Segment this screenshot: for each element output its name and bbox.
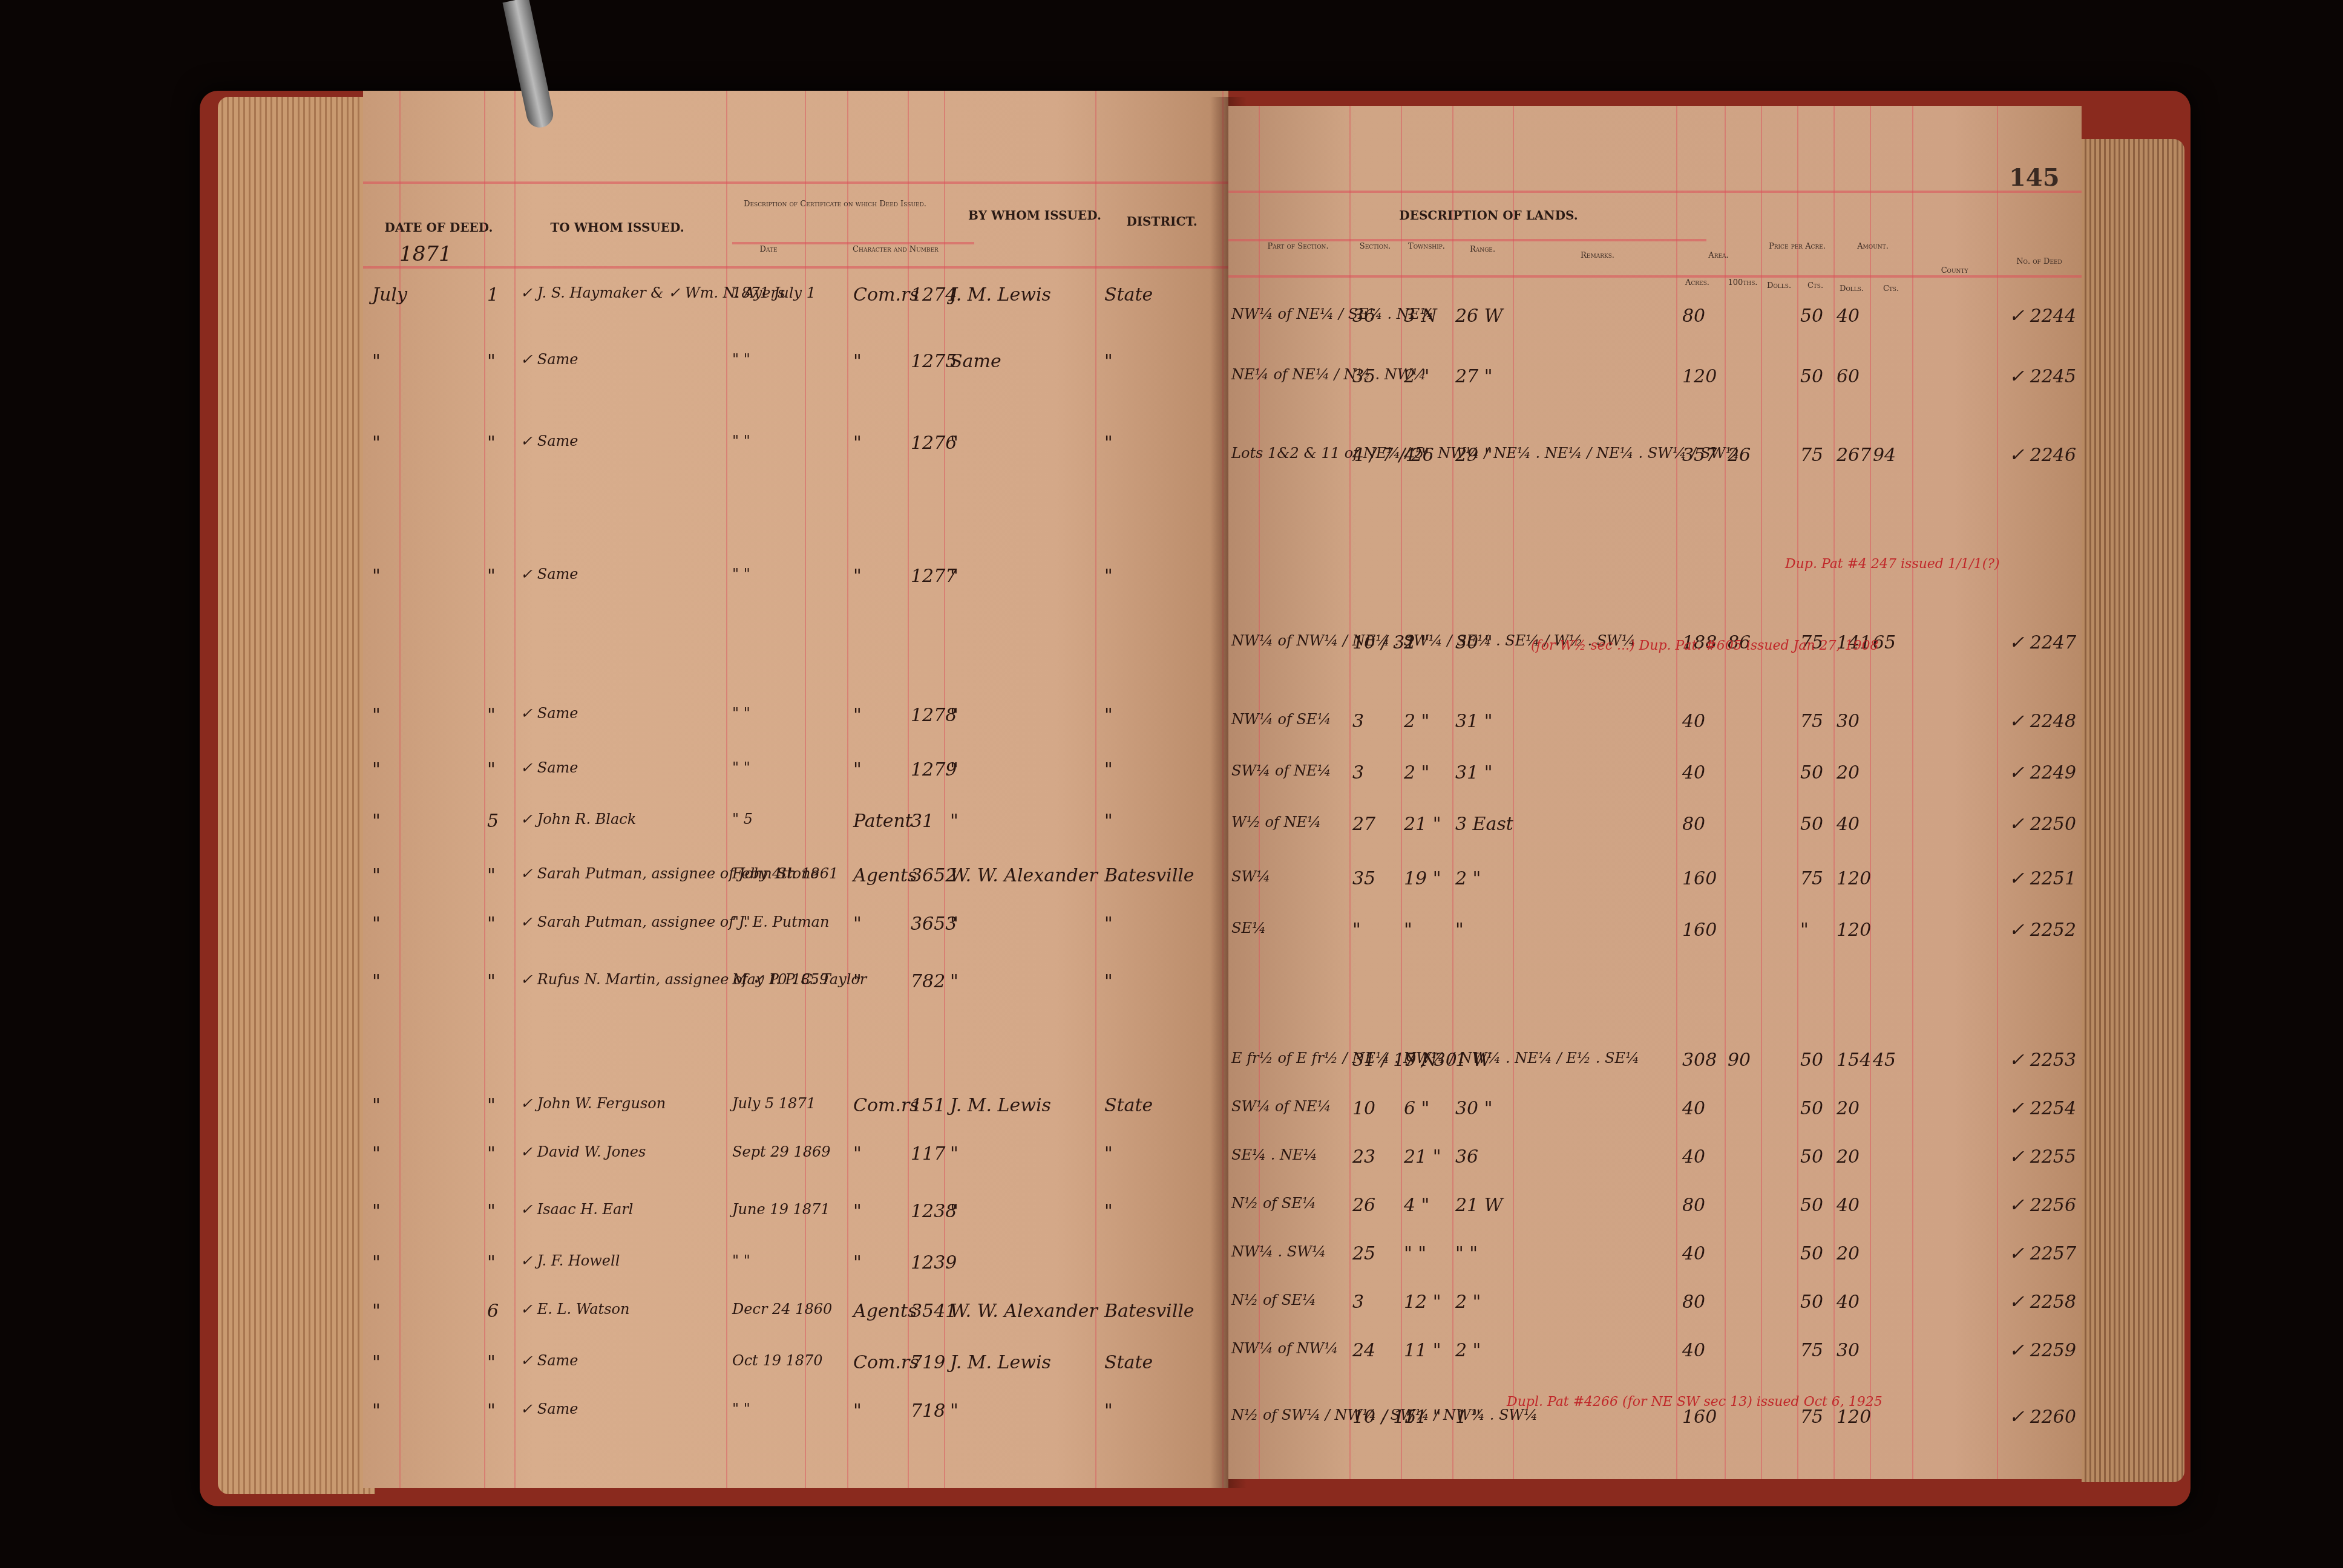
- cell-part: NE¼ of NE¼ / N½ . NW¼: [1231, 366, 1426, 383]
- cell-deed-no: ✓ 2251: [2009, 868, 2076, 889]
- cell-district: ": [1104, 759, 1113, 780]
- col-section: Section.: [1349, 242, 1401, 251]
- cell-range: 31 ": [1455, 762, 1493, 783]
- col-by-whom-issued: By Whom Issued.: [968, 209, 1101, 222]
- cell-day: ": [487, 1252, 496, 1273]
- rule: [1761, 106, 1762, 1479]
- cell-district: Batesville: [1104, 1301, 1194, 1322]
- cell-by-whom: ": [950, 1143, 958, 1165]
- rule: [847, 91, 848, 1488]
- col-part-of-section: Part of Section.: [1253, 242, 1343, 251]
- cell-by-whom: J. M. Lewis: [950, 1095, 1051, 1116]
- cell-section: 23: [1352, 1146, 1375, 1168]
- cell-range: " ": [1455, 1243, 1478, 1264]
- cell-name: ✓ Isaac H. Earl: [520, 1201, 633, 1218]
- cell-cert-date: Feby 4th 1861: [732, 865, 838, 882]
- cell-acres: 40: [1682, 711, 1705, 732]
- cell-price-c: 75: [1800, 868, 1823, 889]
- rule: [1833, 106, 1835, 1479]
- cell-section: 10: [1352, 1098, 1375, 1119]
- col-amount: Amount.: [1833, 242, 1912, 251]
- col-township: Township.: [1401, 242, 1452, 251]
- cell-day: ": [487, 1352, 496, 1373]
- cell-acres: 120: [1682, 366, 1717, 387]
- rule: [1997, 106, 1998, 1479]
- col-amount-cts: Cts.: [1870, 284, 1912, 293]
- cell-cert-no: 31: [911, 811, 934, 832]
- cell-township: 21 ": [1404, 814, 1441, 835]
- cell-cert-char: Com.rs: [853, 1352, 919, 1373]
- cell-district: ": [1104, 913, 1113, 935]
- cell-by-whom: ": [950, 433, 958, 454]
- cell-name: ✓ Same: [520, 566, 578, 583]
- col-area-acres: Acres.: [1679, 278, 1715, 287]
- cell-name: ✓ David W. Jones: [520, 1143, 646, 1160]
- cell-cert-date: " ": [732, 705, 750, 722]
- cell-day: ": [487, 1095, 496, 1116]
- cell-district: State: [1104, 1352, 1153, 1373]
- cell-section: 27: [1352, 814, 1375, 835]
- cell-range: 2 ": [1455, 868, 1481, 889]
- cell-cert-no: 782: [911, 971, 945, 992]
- cell-cert-char: Agents: [853, 865, 917, 886]
- page-edges-right: [2082, 139, 2184, 1482]
- cell-part: NW¼ . SW¼: [1231, 1243, 1326, 1260]
- cell-section: 3: [1352, 711, 1364, 732]
- rule: [1513, 106, 1514, 1479]
- cell-range: 1 W: [1455, 1050, 1491, 1071]
- cell-day: ": [487, 865, 496, 886]
- cell-part: NW¼ of NW¼: [1231, 1340, 1338, 1357]
- cell-district: ": [1104, 705, 1113, 726]
- cell-range: 26 W: [1455, 305, 1503, 327]
- cell-township: 2 ": [1404, 711, 1429, 732]
- cell-day: ": [487, 913, 496, 935]
- page-edges-left: [218, 97, 375, 1494]
- cell-month: ": [372, 1201, 381, 1222]
- col-district: District.: [1107, 215, 1216, 228]
- cell-cert-date: " 5: [732, 811, 753, 828]
- cell-part: SW¼: [1231, 868, 1270, 885]
- col-cert-char-number: Character and Number: [847, 245, 944, 254]
- cell-price-c: 75: [1800, 711, 1823, 732]
- cell-cert-date: Sept 29 1869: [732, 1143, 831, 1160]
- cell-township: 7 N: [1404, 1050, 1437, 1071]
- cell-cert-char: ": [853, 433, 862, 454]
- cell-part: W½ of NE¼: [1231, 814, 1321, 831]
- cell-township: 19 ": [1404, 868, 1441, 889]
- cell-price-c: 50: [1800, 1243, 1823, 1264]
- cell-cert-char: ": [853, 1400, 862, 1422]
- col-cert-date: Date: [738, 245, 799, 254]
- cell-month: ": [372, 1352, 381, 1373]
- rule: [1452, 106, 1453, 1479]
- cell-part: N½ of SE¼: [1231, 1292, 1316, 1308]
- cell-amt-d: 40: [1837, 1195, 1860, 1216]
- cell-by-whom: W. W. Alexander: [950, 1301, 1098, 1322]
- cell-day: 6: [487, 1301, 499, 1322]
- cell-amt-d: 60: [1837, 366, 1860, 387]
- cell-day: 1: [487, 284, 499, 305]
- cell-acres: 80: [1682, 1195, 1705, 1216]
- cell-deed-no: ✓ 2245: [2009, 366, 2076, 387]
- left-page: Date of Deed. To Whom Issued. Descriptio…: [363, 91, 1228, 1488]
- col-area-100ths: 100ths.: [1725, 278, 1761, 287]
- cell-amt-d: 20: [1837, 1146, 1860, 1168]
- cell-acres: 308: [1682, 1050, 1717, 1071]
- cell-section: 35: [1352, 868, 1375, 889]
- col-description-of-lands: Description of Lands.: [1398, 209, 1579, 222]
- cell-range: 3 East: [1455, 814, 1513, 835]
- cell-deed-no: ✓ 2244: [2009, 305, 2076, 327]
- cell-part: NW¼ of SE¼: [1231, 711, 1331, 728]
- cell-township: " ": [1404, 1243, 1426, 1264]
- cell-by-whom: J. M. Lewis: [950, 284, 1051, 305]
- rule: [1228, 275, 2082, 278]
- rule: [1676, 106, 1677, 1479]
- cell-township: 11 ": [1404, 1340, 1441, 1361]
- cell-day: ": [487, 566, 496, 587]
- cell-deed-no: ✓ 2256: [2009, 1195, 2076, 1216]
- cell-amt-d: 20: [1837, 1243, 1860, 1264]
- cell-cert-char: ": [853, 971, 862, 992]
- rule: [363, 181, 1228, 184]
- cell-deed-no: ✓ 2248: [2009, 711, 2076, 732]
- cell-township: 4 ": [1404, 445, 1429, 466]
- cell-range: 30 ": [1455, 1098, 1493, 1119]
- cell-cert-no: 719: [911, 1352, 945, 1373]
- cell-price-c: 75: [1800, 1406, 1823, 1428]
- cell-acres: 160: [1682, 868, 1717, 889]
- cell-day: ": [487, 351, 496, 372]
- right-page: 145 Description of Lands. Part of Sectio…: [1228, 106, 2082, 1479]
- cell-amt-d: 40: [1837, 814, 1860, 835]
- cell-part: SE¼: [1231, 920, 1266, 936]
- cell-amt-d: 20: [1837, 762, 1860, 783]
- cell-month: ": [372, 705, 381, 726]
- cell-name: ✓ Same: [520, 433, 578, 449]
- cell-district: State: [1104, 1095, 1153, 1116]
- cell-name: ✓ John W. Ferguson: [520, 1095, 666, 1112]
- cell-deed-no: ✓ 2260: [2009, 1406, 2076, 1428]
- cell-section: 26: [1352, 1195, 1375, 1216]
- cell-cert-date: " ": [732, 1252, 750, 1269]
- cell-cert-date: " ": [732, 351, 750, 368]
- cell-price-c: 50: [1800, 305, 1823, 327]
- cell-cert-no: 718: [911, 1400, 945, 1422]
- col-date-of-deed: Date of Deed.: [369, 221, 508, 234]
- cell-price-c: 50: [1800, 1146, 1823, 1168]
- cell-acres-100: 26: [1728, 445, 1751, 466]
- col-price-dolls: Dolls.: [1761, 281, 1797, 290]
- cell-amt-d: 20: [1837, 1098, 1860, 1119]
- cell-price-c: 50: [1800, 814, 1823, 835]
- cell-by-whom: ": [950, 1201, 958, 1222]
- rule: [514, 91, 516, 1488]
- year-label: 1871: [399, 242, 452, 266]
- cell-price-c: 50: [1800, 1050, 1823, 1071]
- cell-deed-no: ✓ 2246: [2009, 445, 2076, 466]
- cell-township: 2 ": [1404, 762, 1429, 783]
- cell-month: ": [372, 811, 381, 832]
- cell-deed-no: ✓ 2258: [2009, 1292, 2076, 1313]
- cell-month: ": [372, 1143, 381, 1165]
- cell-cert-date: July 5 1871: [732, 1095, 816, 1112]
- cell-month: ": [372, 865, 381, 886]
- cell-name: ✓ Same: [520, 1400, 578, 1417]
- cell-cert-char: ": [853, 566, 862, 587]
- col-remarks: Remarks.: [1531, 251, 1664, 260]
- col-no-of-deed: No. of Deed: [2003, 257, 2076, 266]
- col-area: Area.: [1676, 251, 1761, 260]
- cell-cert-date: Decr 24 1860: [732, 1301, 832, 1318]
- cell-name: ✓ E. L. Watson: [520, 1301, 629, 1318]
- cell-township: 3 N: [1404, 305, 1437, 327]
- cell-cert-date: 1871 July 1: [732, 284, 816, 301]
- cell-cert-char: ": [853, 705, 862, 726]
- rule: [1095, 91, 1096, 1488]
- cell-amt-c: 94: [1873, 445, 1896, 466]
- cell-cert-char: Com.rs: [853, 284, 919, 305]
- cell-acres-100: 90: [1728, 1050, 1751, 1071]
- cell-day: ": [487, 1201, 496, 1222]
- cell-price-c: 50: [1800, 1098, 1823, 1119]
- cell-deed-no: ✓ 2250: [2009, 814, 2076, 835]
- cell-month: ": [372, 351, 381, 372]
- rule: [1870, 106, 1871, 1479]
- cell-month: ": [372, 1095, 381, 1116]
- cell-name: ✓ J. F. Howell: [520, 1252, 620, 1269]
- cell-day: 5: [487, 811, 499, 832]
- cell-name: ✓ John R. Black: [520, 811, 636, 828]
- cell-section: 24: [1352, 1340, 1375, 1361]
- cell-part: SE¼ . NE¼: [1231, 1146, 1317, 1163]
- cell-name: ✓ Same: [520, 705, 578, 722]
- cell-cert-date: May 10 1859: [732, 971, 828, 988]
- cell-month: ": [372, 759, 381, 780]
- cell-township: 2 ": [1404, 632, 1429, 653]
- cell-price-c: 50: [1800, 762, 1823, 783]
- cell-cert-date: " ": [732, 566, 750, 583]
- cell-acres: 40: [1682, 1243, 1705, 1264]
- cell-by-whom: ": [950, 971, 958, 992]
- cell-month: ": [372, 566, 381, 587]
- cell-township: ": [1404, 920, 1412, 941]
- cell-acres: 40: [1682, 1098, 1705, 1119]
- cell-day: ": [487, 1400, 496, 1422]
- cell-price-c: ": [1800, 920, 1809, 941]
- cell-cert-char: ": [853, 1143, 862, 1165]
- cell-cert-char: Com.rs: [853, 1095, 919, 1116]
- cell-deed-no: ✓ 2253: [2009, 1050, 2076, 1071]
- cell-by-whom: ": [950, 566, 958, 587]
- cell-range: 27 ": [1455, 366, 1493, 387]
- cell-price-c: 50: [1800, 1195, 1823, 1216]
- cell-by-whom: ": [950, 759, 958, 780]
- cell-district: ": [1104, 1143, 1113, 1165]
- col-county: County: [1912, 266, 1997, 275]
- cell-by-whom: W. W. Alexander: [950, 865, 1098, 886]
- cell-acres: 40: [1682, 1146, 1705, 1168]
- cell-district: ": [1104, 971, 1113, 992]
- red-annotation: Dupl. Pat #4266 (for NE SW sec 13) issue…: [1507, 1394, 1883, 1410]
- cell-acres: 80: [1682, 814, 1705, 835]
- cell-district: ": [1104, 566, 1113, 587]
- cell-cert-date: " ": [732, 759, 750, 776]
- cell-cert-char: ": [853, 1252, 862, 1273]
- cell-month: ": [372, 971, 381, 992]
- cell-acres: 160: [1682, 1406, 1717, 1428]
- cell-month: ": [372, 1252, 381, 1273]
- cell-cert-char: ": [853, 351, 862, 372]
- col-price-per-acre: Price per Acre.: [1761, 242, 1833, 251]
- cell-section: 3: [1352, 762, 1364, 783]
- cell-amt-d: 154: [1837, 1050, 1871, 1071]
- cell-range: 36: [1455, 1146, 1478, 1168]
- cell-price-c: 50: [1800, 366, 1823, 387]
- cell-by-whom: Same: [950, 351, 1001, 372]
- rule: [1228, 191, 2082, 193]
- cell-section: ": [1352, 920, 1361, 941]
- cell-by-whom: ": [950, 705, 958, 726]
- col-range: Range.: [1452, 245, 1513, 254]
- red-annotation: Dup. Pat #4 247 issued 1/1/1(?): [1785, 557, 2000, 572]
- cell-deed-no: ✓ 2254: [2009, 1098, 2076, 1119]
- cell-amt-d: 30: [1837, 1340, 1860, 1361]
- cell-day: ": [487, 759, 496, 780]
- cell-range: 31 ": [1455, 711, 1493, 732]
- cell-district: ": [1104, 811, 1113, 832]
- cell-range: 2 ": [1455, 1292, 1481, 1313]
- cell-district: Batesville: [1104, 865, 1194, 886]
- page-number: 145: [2009, 163, 2060, 192]
- cell-township: 2 ": [1404, 366, 1429, 387]
- cell-amt-d: 120: [1837, 868, 1871, 889]
- rule: [484, 91, 485, 1488]
- cell-district: ": [1104, 433, 1113, 454]
- cell-deed-no: ✓ 2255: [2009, 1146, 2076, 1168]
- cell-cert-char: ": [853, 1201, 862, 1222]
- rule: [1228, 239, 1706, 241]
- cell-township: 12 ": [1404, 1292, 1441, 1313]
- cell-cert-no: 117: [911, 1143, 945, 1165]
- cell-by-whom: ": [950, 913, 958, 935]
- cell-month: ": [372, 1400, 381, 1422]
- cell-acres: 40: [1682, 1340, 1705, 1361]
- cell-name: ✓ Same: [520, 1352, 578, 1369]
- cell-acres: 80: [1682, 1292, 1705, 1313]
- cell-range: 21 W: [1455, 1195, 1503, 1216]
- cell-day: ": [487, 1143, 496, 1165]
- cell-range: 2 ": [1455, 1340, 1481, 1361]
- cell-name: ✓ Same: [520, 351, 578, 368]
- cell-amt-d: 267: [1837, 445, 1871, 466]
- cell-range: ": [1455, 920, 1464, 941]
- cell-price-c: 75: [1800, 445, 1823, 466]
- rule: [1912, 106, 1913, 1479]
- rule: [732, 242, 974, 244]
- cell-acres: 357: [1682, 445, 1717, 466]
- cell-acres: 80: [1682, 305, 1705, 327]
- cell-district: ": [1104, 1400, 1113, 1422]
- cell-part: SW¼ of NE¼: [1231, 1098, 1331, 1115]
- cell-cert-no: 1239: [911, 1252, 957, 1273]
- cell-cert-date: June 19 1871: [732, 1201, 830, 1218]
- cell-deed-no: ✓ 2259: [2009, 1340, 2076, 1361]
- cell-amt-d: 40: [1837, 305, 1860, 327]
- cell-deed-no: ✓ 2257: [2009, 1243, 2076, 1264]
- cell-part: SW¼ of NE¼: [1231, 762, 1331, 779]
- cell-acres: 40: [1682, 762, 1705, 783]
- cell-name: ✓ Same: [520, 759, 578, 776]
- cell-range: 29 ": [1455, 445, 1493, 466]
- cell-cert-date: " ": [732, 433, 750, 449]
- red-annotation: (for W½ sec ...) Dup. Pat. #605 issued J…: [1531, 638, 1879, 653]
- cell-cert-char: Patent: [853, 811, 913, 832]
- cell-amt-d: 30: [1837, 711, 1860, 732]
- cell-by-whom: ": [950, 1400, 958, 1422]
- cell-district: ": [1104, 351, 1113, 372]
- rule: [363, 266, 1228, 269]
- cell-range: 30 ": [1455, 632, 1493, 653]
- cell-township: 4 ": [1404, 1195, 1429, 1216]
- cell-district: State: [1104, 284, 1153, 305]
- cell-amt-d: 40: [1837, 1292, 1860, 1313]
- cell-by-whom: J. M. Lewis: [950, 1352, 1051, 1373]
- cell-cert-char: Agents: [853, 1301, 917, 1322]
- cell-part: N½ of SE¼: [1231, 1195, 1316, 1212]
- cell-section: 3: [1352, 1292, 1364, 1313]
- cell-day: ": [487, 705, 496, 726]
- cell-township: 21 ": [1404, 1146, 1441, 1168]
- cell-township: 11 ": [1404, 1406, 1441, 1428]
- cell-deed-no: ✓ 2249: [2009, 762, 2076, 783]
- cell-month: ": [372, 433, 381, 454]
- cell-amt-c: 45: [1873, 1050, 1896, 1071]
- cell-month: ": [372, 913, 381, 935]
- col-price-cts: Cts.: [1797, 281, 1833, 290]
- cell-by-whom: ": [950, 811, 958, 832]
- cell-range: 1 ": [1455, 1406, 1481, 1428]
- cell-section: 35: [1352, 366, 1375, 387]
- cell-township: 6 ": [1404, 1098, 1429, 1119]
- cell-cert-no: 151: [911, 1095, 945, 1116]
- cell-deed-no: ✓ 2252: [2009, 920, 2076, 941]
- cell-section: 25: [1352, 1243, 1375, 1264]
- col-certificate-group: Description of Certificate on which Deed…: [732, 200, 938, 209]
- rule: [1797, 106, 1798, 1479]
- cell-cert-date: Oct 19 1870: [732, 1352, 823, 1369]
- cell-cert-date: " ": [732, 1400, 750, 1417]
- cell-acres: 160: [1682, 920, 1717, 941]
- rule: [1725, 106, 1726, 1479]
- cell-district: ": [1104, 1201, 1113, 1222]
- cell-price-c: 75: [1800, 1340, 1823, 1361]
- cell-price-c: 50: [1800, 1292, 1823, 1313]
- cell-day: ": [487, 971, 496, 992]
- cell-amt-d: 120: [1837, 1406, 1871, 1428]
- cell-deed-no: ✓ 2247: [2009, 632, 2076, 653]
- cell-amt-d: 120: [1837, 920, 1871, 941]
- cell-cert-char: ": [853, 759, 862, 780]
- cell-month: ": [372, 1301, 381, 1322]
- col-to-whom-issued: To Whom Issued.: [514, 221, 720, 234]
- cell-day: ": [487, 433, 496, 454]
- cell-cert-char: ": [853, 913, 862, 935]
- cell-name: ✓ Sarah Putman, assignee of J. E. Putman: [520, 913, 829, 930]
- col-amount-dolls: Dolls.: [1833, 284, 1870, 293]
- cell-month: July: [372, 284, 407, 305]
